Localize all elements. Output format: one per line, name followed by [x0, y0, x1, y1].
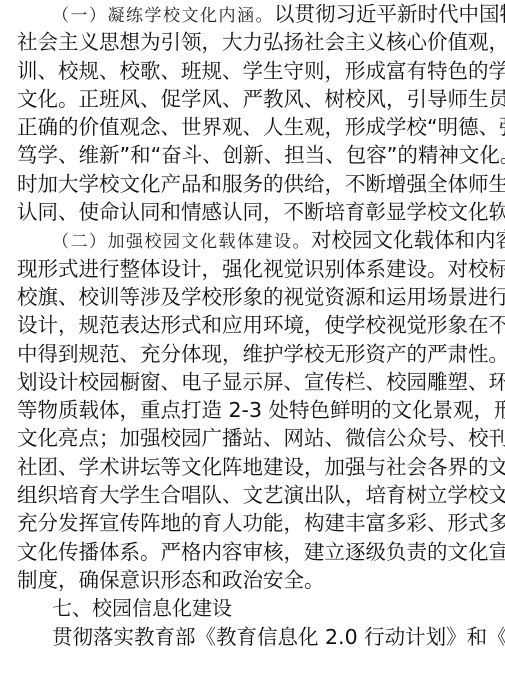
- text-line: 社团、学术讲坛等文化阵地建设，加强与社会各界的文化交流，: [17, 453, 490, 481]
- text-line: 文化亮点；加强校园广播站、网站、微信公众号、校刊、学生: [17, 424, 490, 452]
- text-line: 制度，确保意识形态和政治安全。: [17, 566, 490, 594]
- paragraph-culture-carrier: （二）加强校园文化载体建设。对校园文化载体和内容呈 现形式进行整体设计，强化视觉…: [17, 226, 490, 594]
- text-line: 认同、使命认同和情感认同，不断培育彰显学校文化软实力。: [17, 198, 490, 226]
- text-line: 等物质载体，重点打造 2-3 处特色鲜明的文化景观，形成校园: [17, 396, 490, 424]
- text-line: 设计，规范表达形式和应用环境，使学校视觉形象在不同环境: [17, 311, 490, 339]
- text-line: （二）加强校园文化载体建设。对校园文化载体和内容呈: [17, 226, 490, 254]
- text-line: 现形式进行整体设计，强化视觉识别体系建设。对校标、校徽、: [17, 255, 490, 283]
- text-run: 以贯彻习近平新时代中国特色: [274, 2, 505, 26]
- text-line: 文化。正班风、促学风、严教风、树校风，引导师生员工树立: [17, 85, 490, 113]
- text-line: （一）凝练学校文化内涵。以贯彻习近平新时代中国特色: [17, 0, 490, 28]
- text-line: 校旗、校训等涉及学校形象的视觉资源和运用场景进行系统化: [17, 283, 490, 311]
- paragraph-culture-connotation: （一）凝练学校文化内涵。以贯彻习近平新时代中国特色 社会主义思想为引领，大力弘扬…: [17, 0, 490, 226]
- text-line: 中得到规范、充分体现，维护学校无形资产的严肃性。整体规: [17, 340, 490, 368]
- text-line: 划设计校园橱窗、电子显示屏、宣传栏、校园雕塑、环境景观: [17, 368, 490, 396]
- paragraph-informatization: 贯彻落实教育部《教育信息化 2.0 行动计划》和《职业院: [17, 623, 490, 651]
- text-run: 对校园文化载体和内容呈: [311, 228, 505, 252]
- text-line: 社会主义思想为引领，大力弘扬社会主义核心价值观，完善校: [17, 28, 490, 56]
- section-title: 七、校园信息化建设: [17, 594, 490, 622]
- text-line: 笃学、维新”和“奋斗、创新、担当、包容”的精神文化。同: [17, 141, 490, 169]
- paragraph-heading: （二）加强校园文化载体建设。: [52, 232, 311, 252]
- text-line: 训、校规、校歌、班规、学生守则，形成富有特色的学校制度: [17, 57, 490, 85]
- text-line: 充分发挥宣传阵地的育人功能，构建丰富多彩、形式多样校园: [17, 509, 490, 537]
- document-page: （一）凝练学校文化内涵。以贯彻习近平新时代中国特色 社会主义思想为引领，大力弘扬…: [17, 0, 490, 651]
- text-line: 组织培育大学生合唱队、文艺演出队，培育树立学校文化品牌，: [17, 481, 490, 509]
- text-line: 贯彻落实教育部《教育信息化 2.0 行动计划》和《职业院: [17, 623, 490, 651]
- text-line: 时加大学校文化产品和服务的供给，不断增强全体师生的价值: [17, 170, 490, 198]
- paragraph-heading: （一）凝练学校文化内涵。: [52, 6, 274, 26]
- text-line: 正确的价值观念、世界观、人生观，形成学校“明德、强技、: [17, 113, 490, 141]
- text-line: 文化传播体系。严格内容审核，建立逐级负责的文化宣传管理: [17, 538, 490, 566]
